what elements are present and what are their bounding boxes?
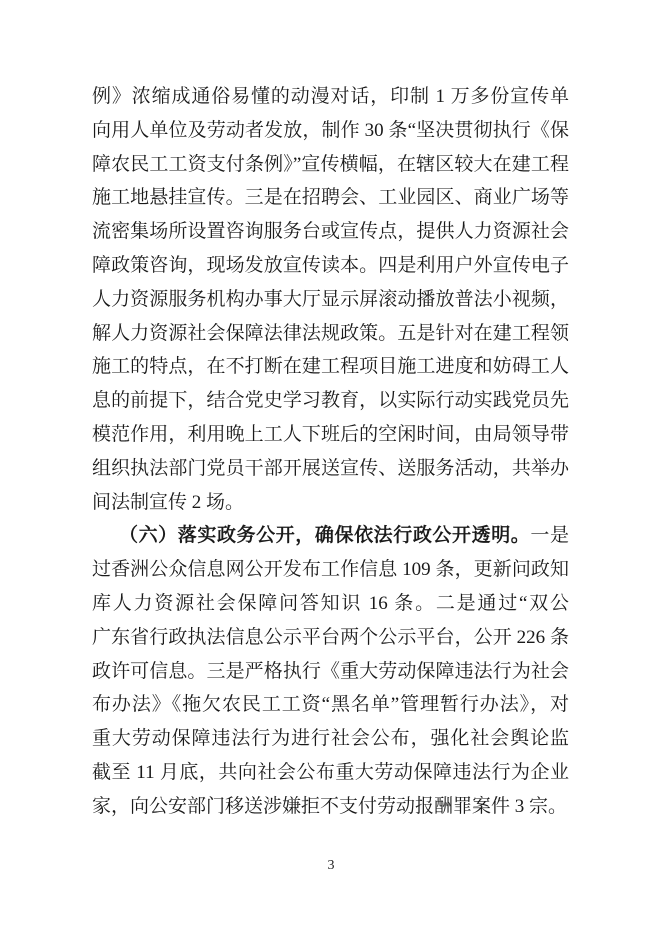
text-line: 障政策咨询，现场发放宣传读本。四是利用户外宣传电子屏、 [92, 249, 569, 283]
text-segment: 家，向公安部门移送涉嫌拒不支付劳动报酬罪案件 3 宗。 [92, 796, 567, 817]
text-segment: 障政策咨询，现场发放宣传读本。四是利用户外宣传电子屏、 [92, 255, 569, 283]
text-segment: 流密集场所设置咨询服务台或宣传点，提供人力资源社会保 [92, 221, 569, 249]
text-line: 组织执法部门党员干部开展送宣传、送服务活动，共举办夜 [92, 452, 569, 486]
text-segment: 截至 11 月底，共向社会公布重大劳动保障违法行为企业 9 [92, 762, 569, 790]
text-line: 息的前提下，结合党史学习教育，以实际行动实践党员先锋 [92, 384, 569, 418]
text-segment: 例》浓缩成通俗易懂的动漫对话，印制 1 万多份宣传单张， [92, 86, 569, 114]
text-segment: 广东省行政执法信息公示平台两个公示平台，公开 226 条行 [92, 627, 569, 655]
text-line: 解人力资源社会保障法律法规政策。五是针对在建工程领域 [92, 317, 569, 351]
text-segment: 施工的特点，在不打断在建工程项目施工进度和妨碍工人休 [92, 356, 569, 384]
text-line: 广东省行政执法信息公示平台两个公示平台，公开 226 条行 [92, 621, 569, 655]
bold-text: （六）落实政务公开，确保依法行政公开透明。 [119, 525, 530, 546]
text-line: 向用人单位及劳动者发放，制作 30 条“坚决贯彻执行《保 [92, 114, 569, 148]
text-segment: 布办法》《拖欠农民工工资“黑名单”管理暂行办法》，对 [92, 694, 569, 715]
document-page: 例》浓缩成通俗易懂的动漫对话，印制 1 万多份宣传单张，向用人单位及劳动者发放，… [0, 0, 662, 936]
page-number: 3 [0, 858, 662, 874]
text-segment: 间法制宣传 2 场。 [92, 492, 244, 513]
text-line: 政许可信息。三是严格执行《重大劳动保障违法行为社会公 [92, 655, 569, 689]
text-segment: 人力资源服务机构办事大厅显示屏滚动播放普法小视频，讲 [92, 289, 569, 317]
text-line: 例》浓缩成通俗易懂的动漫对话，印制 1 万多份宣传单张， [92, 80, 569, 114]
document-body: 例》浓缩成通俗易懂的动漫对话，印制 1 万多份宣传单张，向用人单位及劳动者发放，… [92, 80, 569, 824]
text-line: 流密集场所设置咨询服务台或宣传点，提供人力资源社会保 [92, 215, 569, 249]
text-line: 截至 11 月底，共向社会公布重大劳动保障违法行为企业 9 [92, 756, 569, 790]
text-line: （六）落实政务公开，确保依法行政公开透明。一是通 [92, 519, 569, 553]
text-line: 模范作用，利用晚上工人下班后的空闲时间，由局领导带队， [92, 418, 569, 452]
text-line: 障农民工工资支付条例》”宣传横幅，在辖区较大在建工程 [92, 148, 569, 182]
text-line: 库人力资源社会保障问答知识 16 条。二是通过“双公示”、 [92, 587, 569, 621]
text-segment: 库人力资源社会保障问答知识 16 条。二是通过“双公示”、 [92, 593, 569, 621]
text-segment: 施工地悬挂宣传。三是在招聘会、工业园区、商业广场等人 [92, 187, 569, 215]
text-segment: 解人力资源社会保障法律法规政策。五是针对在建工程领域 [92, 323, 569, 351]
text-line: 施工地悬挂宣传。三是在招聘会、工业园区、商业广场等人 [92, 181, 569, 215]
text-line: 家，向公安部门移送涉嫌拒不支付劳动报酬罪案件 3 宗。 [92, 790, 569, 824]
text-segment: 重大劳动保障违法行为进行社会公布，强化社会舆论监督， [92, 728, 569, 756]
text-segment: 政许可信息。三是严格执行《重大劳动保障违法行为社会公 [92, 661, 569, 689]
text-line: 施工的特点，在不打断在建工程项目施工进度和妨碍工人休 [92, 350, 569, 384]
text-line: 重大劳动保障违法行为进行社会公布，强化社会舆论监督， [92, 722, 569, 756]
text-segment: 息的前提下，结合党史学习教育，以实际行动实践党员先锋 [92, 390, 569, 418]
text-line: 人力资源服务机构办事大厅显示屏滚动播放普法小视频，讲 [92, 283, 569, 317]
text-segment: 组织执法部门党员干部开展送宣传、送服务活动，共举办夜 [92, 458, 569, 486]
text-segment: 向用人单位及劳动者发放，制作 30 条“坚决贯彻执行《保 [92, 120, 569, 141]
text-segment: 模范作用，利用晚上工人下班后的空闲时间，由局领导带队， [92, 424, 569, 452]
text-line: 布办法》《拖欠农民工工资“黑名单”管理暂行办法》，对 [92, 688, 569, 722]
text-segment: 过香洲公众信息网公开发布工作信息 109 条，更新问政知识 [92, 559, 569, 587]
text-line: 过香洲公众信息网公开发布工作信息 109 条，更新问政知识 [92, 553, 569, 587]
text-line: 间法制宣传 2 场。 [92, 486, 569, 520]
text-segment: 障农民工工资支付条例》”宣传横幅，在辖区较大在建工程 [92, 154, 569, 175]
